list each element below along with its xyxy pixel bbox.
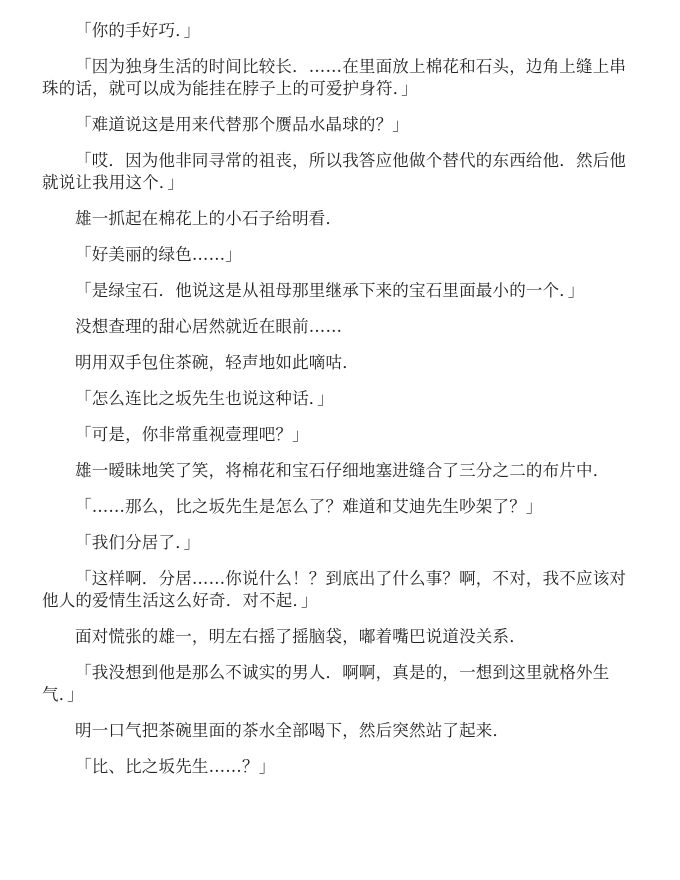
paragraph: 面对慌张的雄一，明左右摇了摇脑袋，嘟着嘴巴说道没关系． <box>42 626 630 648</box>
paragraph: 「我们分居了．」 <box>42 532 630 554</box>
paragraph: 「是绿宝石．他说这是从祖母那里继承下来的宝石里面最小的一个．」 <box>42 280 630 302</box>
paragraph: 「哎．因为他非同寻常的祖丧，所以我答应他做个替代的东西给他．然后他就说让我用这个… <box>42 150 630 194</box>
paragraph: 「怎么连比之坂先生也说这种话．」 <box>42 388 630 410</box>
paragraph: 明用双手包住茶碗，轻声地如此嘀咕． <box>42 352 630 374</box>
paragraph: 雄一暧昧地笑了笑，将棉花和宝石仔细地塞进缝合了三分之二的布片中． <box>42 460 630 482</box>
paragraph: 「……那么，比之坂先生是怎么了？难道和艾迪先生吵架了？」 <box>42 496 630 518</box>
document-page: 「你的手好巧．」 「因为独身生活的时间比较长．……在里面放上棉花和石头，边角上缝… <box>42 20 630 792</box>
paragraph: 「好美丽的绿色……」 <box>42 244 630 266</box>
paragraph: 「这样啊．分居……你说什么！？到底出了什么事？啊，不对，我不应该对他人的爱情生活… <box>42 568 630 612</box>
paragraph: 雄一抓起在棉花上的小石子给明看． <box>42 208 630 230</box>
paragraph: 「因为独身生活的时间比较长．……在里面放上棉花和石头，边角上缝上串珠的话，就可以… <box>42 56 630 100</box>
paragraph: 「难道说这是用来代替那个赝品水晶球的？」 <box>42 114 630 136</box>
paragraph: 没想查理的甜心居然就近在眼前…… <box>42 316 630 338</box>
paragraph: 「我没想到他是那么不诚实的男人．啊啊，真是的，一想到这里就格外生气．」 <box>42 662 630 706</box>
paragraph: 明一口气把茶碗里面的茶水全部喝下，然后突然站了起来． <box>42 720 630 742</box>
paragraph: 「可是，你非常重视壹理吧？」 <box>42 424 630 446</box>
paragraph: 「比、比之坂先生……？」 <box>42 756 630 778</box>
paragraph: 「你的手好巧．」 <box>42 20 630 42</box>
